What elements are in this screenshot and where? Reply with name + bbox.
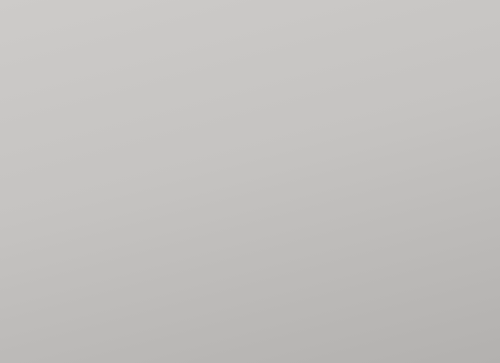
manuscript-svg bbox=[0, 0, 500, 363]
manuscript-scan-photo: Scanned spread of an early-modern handwr… bbox=[0, 0, 500, 363]
